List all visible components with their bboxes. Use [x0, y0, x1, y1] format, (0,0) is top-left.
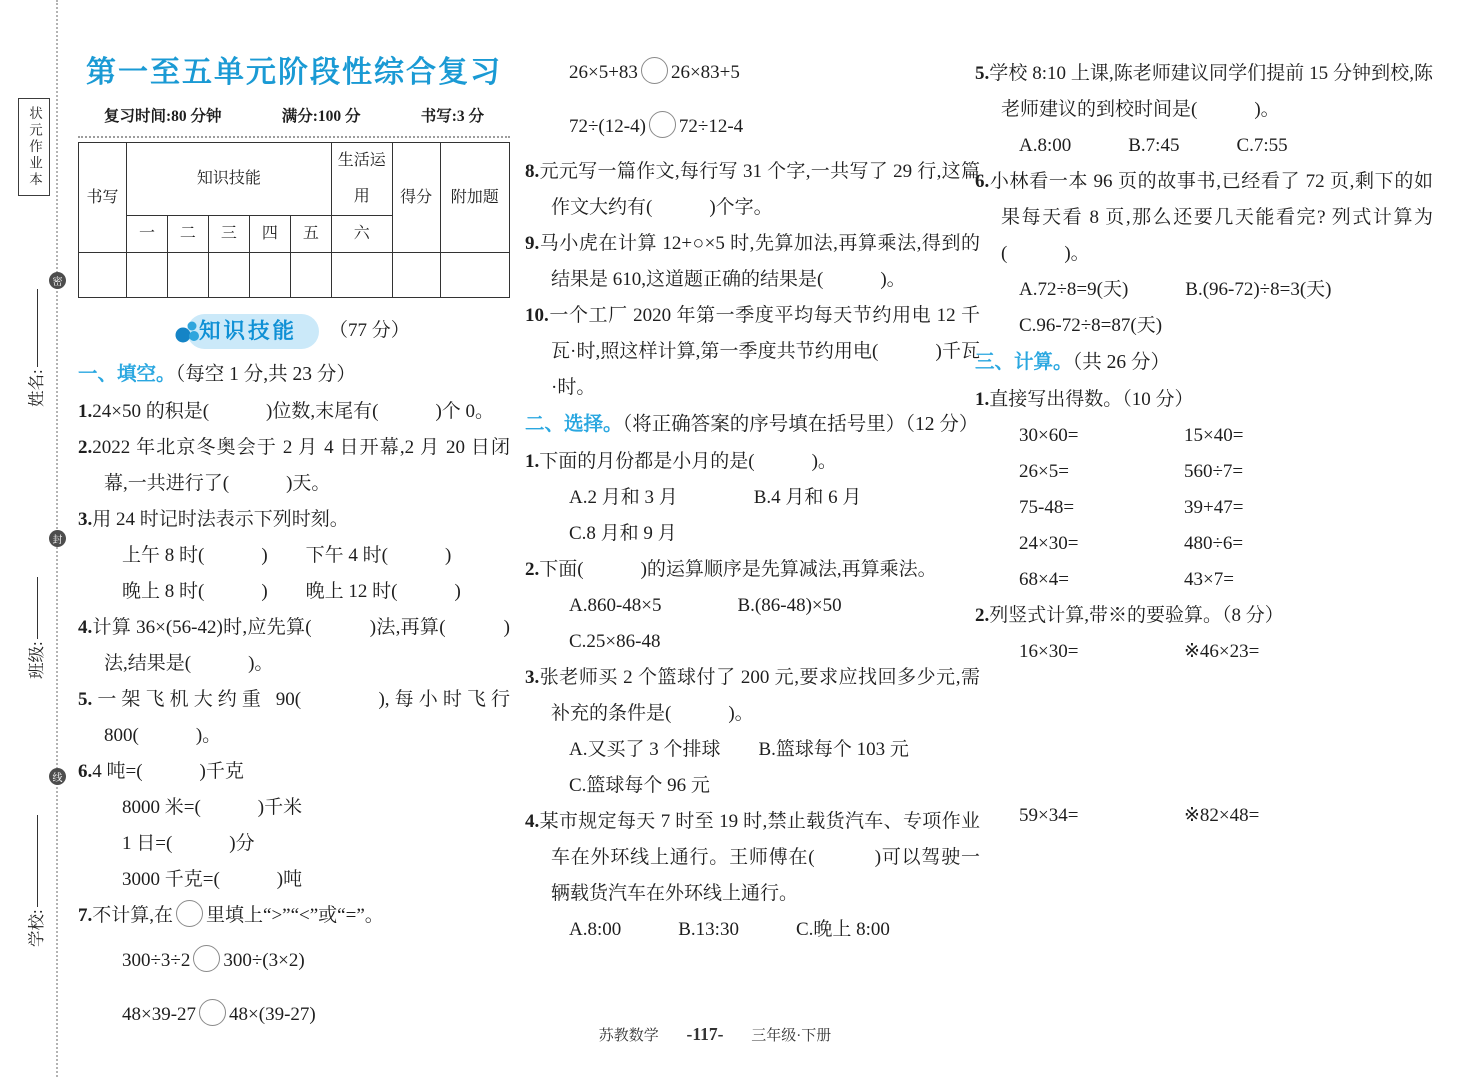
- score-col-life: 生活运用: [331, 143, 392, 216]
- class-blank-line: [34, 577, 38, 639]
- score-cell-empty: [392, 253, 440, 298]
- class-field: 班级:: [23, 549, 47, 679]
- calc-left: 26×5=: [1019, 454, 1184, 490]
- section-heading: 三、计算。（共 26 分）: [975, 344, 1433, 382]
- compare-circle: [641, 57, 668, 84]
- score-sub-4: 四: [249, 216, 290, 253]
- page-footer: 苏教数学 -117- 三年级·下册: [350, 1022, 1080, 1048]
- option-line: A.860-48×5 B.(86-48)×50: [525, 588, 980, 624]
- option-line: 上午 8 时( ) 下午 4 时( ): [78, 538, 510, 574]
- calc-left: 68×4=: [1019, 562, 1184, 598]
- section-heading-rest: （将正确答案的序号填在括号里）（12 分）: [623, 414, 979, 435]
- calc-right: 15×40=: [1184, 418, 1433, 454]
- section-heading-blue: 二、选择。: [525, 414, 623, 435]
- question: 6.小林看一本 96 页的故事书,已经看了 72 页,剩下的如果每天看 8 页,…: [975, 164, 1433, 272]
- question: 8.元元写一篇作文,每行写 31 个字,一共写了 29 行,这篇作文大约有( )…: [525, 154, 980, 226]
- option-line: A.8:00 B.7:45 C.7:55: [975, 128, 1433, 164]
- question: 7.不计算,在里填上“>”“<”或“=”。: [78, 898, 510, 934]
- meta-writing: 书写:3 分: [421, 106, 484, 128]
- section-fill-in-blanks: 一、填空。（每空 1 分,共 23 分）1.24×50 的积是( )位数,末尾有…: [78, 356, 510, 1042]
- dotted-divider: [78, 136, 510, 138]
- question: 1.下面的月份都是小月的是( )。: [525, 444, 980, 480]
- worksheet-page: 状元作业本 密 封 线 姓名: 班级: 学校: 第一至五单元阶段性综合复习 复习…: [0, 0, 1474, 1077]
- calc-left: 75-48=: [1019, 490, 1184, 526]
- compare-circle: [199, 999, 226, 1026]
- question-number: 2.: [78, 437, 92, 458]
- section-heading-blue: 三、计算。: [975, 352, 1073, 373]
- calc-right: ※46×23=: [1184, 634, 1433, 670]
- question-number: 6.: [975, 171, 989, 192]
- calc-pair: 24×30=480÷6=: [975, 526, 1433, 562]
- workbook-label: 状元作业本: [18, 98, 50, 196]
- calc-left: 24×30=: [1019, 526, 1184, 562]
- section-heading-rest: （共 26 分）: [1073, 352, 1171, 373]
- meta-full-score: 满分:100 分: [282, 106, 361, 128]
- question: 4.某市规定每天 7 时至 19 时,禁止载货汽车、专项作业车在外环线上通行。王…: [525, 804, 980, 912]
- seal-badge-xian: 线: [49, 768, 66, 785]
- question: 5.学校 8:10 上课,陈老师建议同学们提前 15 分钟到校,陈老师建议的到校…: [975, 56, 1433, 128]
- skills-badge-label: 知识技能: [187, 314, 319, 349]
- question: 1.24×50 的积是( )位数,末尾有( )个 0。: [78, 394, 510, 430]
- calc-pair: 75-48=39+47=: [975, 490, 1433, 526]
- question-number: 1.: [525, 451, 539, 472]
- question: 1.直接写出得数。（10 分）: [975, 382, 1433, 418]
- question-number: 9.: [525, 233, 539, 254]
- calc-pair: 16×30=※46×23=: [975, 634, 1433, 670]
- calc-pair: 26×5=560÷7=: [975, 454, 1433, 490]
- name-blank-line: [34, 289, 38, 367]
- footer-page-number: -117-: [687, 1024, 724, 1044]
- seal-badge-feng: 封: [49, 530, 66, 547]
- question-number: 1.: [975, 389, 989, 410]
- score-col-score: 得分: [392, 143, 440, 253]
- question: 2.2022 年北京冬奥会于 2 月 4 日开幕,2 月 20 日闭幕,一共进行…: [78, 430, 510, 502]
- name-field: 姓名:: [23, 257, 47, 407]
- question: 3.用 24 时记时法表示下列时刻。: [78, 502, 510, 538]
- question-number: 4.: [78, 617, 92, 638]
- footer-series: 苏教数学: [599, 1028, 659, 1044]
- question-number: 5.: [975, 63, 989, 84]
- school-field: 学校:: [23, 777, 47, 947]
- question: 3.张老师买 2 个篮球付了 200 元,要求应找回多少元,需补充的条件是( )…: [525, 660, 980, 732]
- question: 9.马小虎在计算 12+○×5 时,先算加法,再算乘法,得到的结果是 610,这…: [525, 226, 980, 298]
- workspace-gap: [975, 670, 1433, 798]
- question: 2.列竖式计算,带※的要验算。（8 分）: [975, 598, 1433, 634]
- calc-right: 480÷6=: [1184, 526, 1433, 562]
- compare-circle: [649, 111, 676, 138]
- option-line: 72÷(12-4)72÷12-4: [525, 100, 980, 154]
- section-heading-rest: （每空 1 分,共 23 分）: [176, 364, 356, 385]
- option-line: 晚上 8 时( ) 晚上 12 时( ): [78, 574, 510, 610]
- dots-cluster-icon: [174, 319, 201, 344]
- score-col-knowledge: 知识技能: [126, 143, 331, 216]
- calc-pair: 59×34=※82×48=: [975, 798, 1433, 834]
- section-multiple-choice: 26×5+8326×83+572÷(12-4)72÷12-48.元元写一篇作文,…: [525, 46, 980, 948]
- section-heading: 一、填空。（每空 1 分,共 23 分）: [78, 356, 510, 394]
- score-cell-empty: [208, 253, 249, 298]
- calc-left: 16×30=: [1019, 634, 1184, 670]
- skills-badge-score: （77 分）: [329, 313, 410, 349]
- question-number: 2.: [975, 605, 989, 626]
- option-line: A.又买了 3 个排球 B.篮球每个 103 元: [525, 732, 980, 768]
- score-cell-empty: [126, 253, 167, 298]
- option-line: A.8:00 B.13:30 C.晚上 8:00: [525, 912, 980, 948]
- meta-time: 复习时间:80 分钟: [104, 106, 222, 128]
- question-number: 4.: [525, 811, 539, 832]
- exam-meta: 复习时间:80 分钟 满分:100 分 书写:3 分: [78, 106, 510, 128]
- question-number: 2.: [525, 559, 539, 580]
- column-1: 第一至五单元阶段性综合复习 复习时间:80 分钟 满分:100 分 书写:3 分…: [78, 52, 510, 1042]
- option-line: 300÷3÷2300÷(3×2): [78, 934, 510, 988]
- calc-right: 560÷7=: [1184, 454, 1433, 490]
- seal-badge-mi: 密: [49, 272, 66, 289]
- skills-badge: 知识技能 （77 分）: [174, 310, 510, 352]
- calc-left: 59×34=: [1019, 798, 1184, 834]
- question: 6.4 吨=( )千克: [78, 754, 510, 790]
- score-cell-empty: [440, 253, 509, 298]
- score-sub-2: 二: [167, 216, 208, 253]
- option-line: 3000 千克=( )吨: [78, 862, 510, 898]
- question-number: 3.: [78, 509, 92, 530]
- score-table: 书写 知识技能 生活运用 得分 附加题 一 二 三 四 五 六: [78, 142, 510, 298]
- question-number: 6.: [78, 761, 92, 782]
- compare-circle: [176, 900, 203, 927]
- option-line: C.篮球每个 96 元: [525, 768, 980, 804]
- question-number: 1.: [78, 401, 92, 422]
- option-line: C.8 月和 9 月: [525, 516, 980, 552]
- score-sub-1: 一: [126, 216, 167, 253]
- footer-grade: 三年级·下册: [751, 1028, 831, 1044]
- score-sub-5: 五: [290, 216, 331, 253]
- option-line: A.72÷8=9(天) B.(96-72)÷8=3(天): [975, 272, 1433, 308]
- calc-left: 30×60=: [1019, 418, 1184, 454]
- compare-circle: [193, 945, 220, 972]
- option-line: C.25×86-48: [525, 624, 980, 660]
- section-heading-blue: 一、填空。: [78, 364, 176, 385]
- calc-pair: 30×60=15×40=: [975, 418, 1433, 454]
- score-cell-empty: [167, 253, 208, 298]
- school-blank-line: [34, 815, 38, 907]
- option-line: 26×5+8326×83+5: [525, 46, 980, 100]
- score-col-writing: 书写: [79, 143, 127, 253]
- option-line: C.96-72÷8=87(天): [975, 308, 1433, 344]
- calc-pair: 68×4=43×7=: [975, 562, 1433, 598]
- question-number: 10.: [525, 305, 549, 326]
- score-cell-empty: [249, 253, 290, 298]
- section-calculation: 5.学校 8:10 上课,陈老师建议同学们提前 15 分钟到校,陈老师建议的到校…: [975, 56, 1433, 834]
- page-title: 第一至五单元阶段性综合复习: [78, 52, 510, 94]
- score-cell-empty: [79, 253, 127, 298]
- question: 2.下面( )的运算顺序是先算减法,再算乘法。: [525, 552, 980, 588]
- section-heading: 二、选择。（将正确答案的序号填在括号里）（12 分）: [525, 406, 980, 444]
- option-line: 1 日=( )分: [78, 826, 510, 862]
- column-2: 26×5+8326×83+572÷(12-4)72÷12-48.元元写一篇作文,…: [525, 46, 980, 948]
- calc-right: 43×7=: [1184, 562, 1433, 598]
- score-cell-empty: [331, 253, 392, 298]
- calc-right: ※82×48=: [1184, 798, 1433, 834]
- score-sub-3: 三: [208, 216, 249, 253]
- calc-right: 39+47=: [1184, 490, 1433, 526]
- question-number: 7.: [78, 905, 92, 926]
- question: 10.一个工厂 2020 年第一季度平均每天节约用电 12 千瓦·时,照这样计算…: [525, 298, 980, 406]
- question-number: 8.: [525, 161, 539, 182]
- question: 4.计算 36×(56-42)时,应先算( )法,再算( )法,结果是( )。: [78, 610, 510, 682]
- question: 5.一架飞机大约重 90( ),每小时飞行 800( )。: [78, 682, 510, 754]
- question-number: 3.: [525, 667, 539, 688]
- score-col-bonus: 附加题: [440, 143, 509, 253]
- question-number: 5.: [78, 689, 92, 710]
- score-sub-6: 六: [331, 216, 392, 253]
- option-line: 8000 米=( )千米: [78, 790, 510, 826]
- score-cell-empty: [290, 253, 331, 298]
- column-3: 5.学校 8:10 上课,陈老师建议同学们提前 15 分钟到校,陈老师建议的到校…: [975, 56, 1433, 834]
- option-line: A.2 月和 3 月 B.4 月和 6 月: [525, 480, 980, 516]
